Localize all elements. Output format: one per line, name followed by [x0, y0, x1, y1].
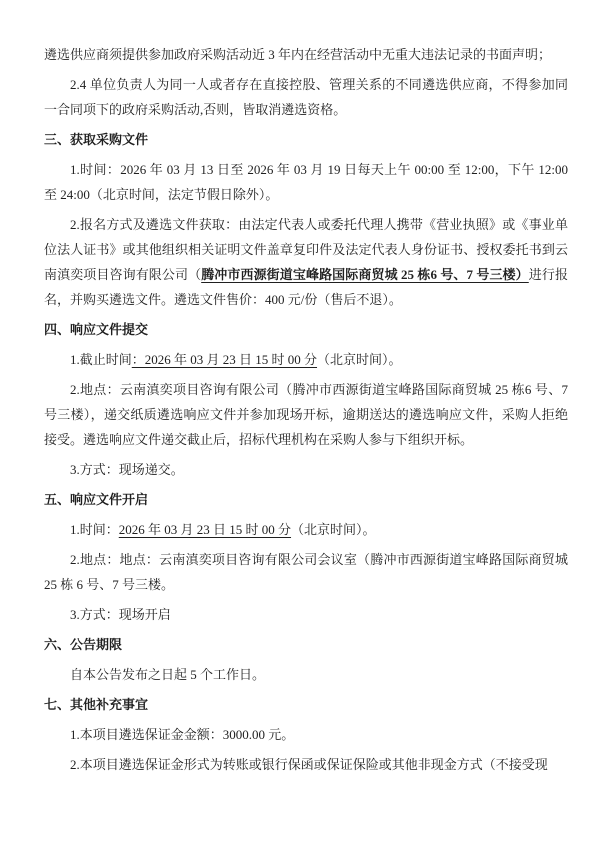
heading-text: 三、获取采购文件 [44, 132, 148, 147]
paragraph: 3.方式：现场递交。 [44, 457, 568, 482]
paragraph: 1.时间：2026 年 03 月 13 日至 2026 年 03 月 19 日每… [44, 157, 568, 207]
section-heading-3: 三、获取采购文件 [44, 127, 568, 152]
paragraph: 1.截止时间：2026 年 03 月 23 日 15 时 00 分（北京时间）。 [44, 347, 568, 372]
paragraph: 自本公告发布之日起 5 个工作日。 [44, 662, 568, 687]
paragraph: 1.本项目遴选保证金金额：3000.00 元。 [44, 722, 568, 747]
text-run: 1.截止时间 [70, 352, 132, 367]
paragraph: 2.4 单位负责人为同一人或者存在直接控股、管理关系的不同遴选供应商，不得参加同… [44, 72, 568, 122]
underlined-deadline-text: ：2026 年 03 月 23 日 15 时 00 分 [132, 352, 317, 367]
text-run: 2.本项目遴选保证金形式为转账或银行保函或保证保险或其他非现金方式（不接受现 [70, 757, 548, 772]
paragraph: 3.方式：现场开启 [44, 602, 568, 627]
text-run: 2.4 单位负责人为同一人或者存在直接控股、管理关系的不同遴选供应商，不得参加同… [44, 77, 568, 117]
section-heading-4: 四、响应文件提交 [44, 317, 568, 342]
underlined-address-text: 腾冲市西源街道宝峰路国际商贸城 25 栋6 号、7 号三楼） [201, 267, 529, 282]
text-run: 1.时间：2026 年 03 月 13 日至 2026 年 03 月 19 日每… [44, 162, 568, 202]
text-run: 2.地点：云南滇奕项目咨询有限公司（腾冲市西源街道宝峰路国际商贸城 25 栋6 … [44, 382, 568, 447]
text-run: （北京时间）。 [291, 522, 376, 537]
text-run: 1.本项目遴选保证金金额：3000.00 元。 [70, 727, 294, 742]
section-heading-5: 五、响应文件开启 [44, 487, 568, 512]
section-heading-6: 六、公告期限 [44, 632, 568, 657]
text-run: （北京时间）。 [317, 352, 402, 367]
paragraph: 2.本项目遴选保证金形式为转账或银行保函或保证保险或其他非现金方式（不接受现 [44, 752, 568, 777]
document-body: 遴选供应商须提供参加政府采购活动近 3 年内在经营活动中无重大违法记录的书面声明… [44, 42, 568, 777]
text-run: 3.方式：现场开启 [70, 607, 171, 622]
paragraph: 2.地点：云南滇奕项目咨询有限公司（腾冲市西源街道宝峰路国际商贸城 25 栋6 … [44, 377, 568, 452]
section-heading-7: 七、其他补充事宜 [44, 692, 568, 717]
paragraph: 2.地点：地点：云南滇奕项目咨询有限公司会议室（腾冲市西源街道宝峰路国际商贸城 … [44, 547, 568, 597]
text-run: 自本公告发布之日起 5 个工作日。 [70, 667, 265, 682]
document-page: 遴选供应商须提供参加政府采购活动近 3 年内在经营活动中无重大违法记录的书面声明… [0, 0, 612, 852]
paragraph: 2.报名方式及遴选文件获取：由法定代表人或委托代理人携带《营业执照》或《事业单位… [44, 212, 568, 312]
text-run: 遴选供应商须提供参加政府采购活动近 3 年内在经营活动中无重大违法记录的书面声明… [44, 47, 551, 62]
heading-text: 七、其他补充事宜 [44, 697, 148, 712]
paragraph: 遴选供应商须提供参加政府采购活动近 3 年内在经营活动中无重大违法记录的书面声明… [44, 42, 568, 67]
heading-text: 五、响应文件开启 [44, 492, 148, 507]
paragraph: 1.时间：2026 年 03 月 23 日 15 时 00 分（北京时间）。 [44, 517, 568, 542]
text-run: 2.地点：地点：云南滇奕项目咨询有限公司会议室（腾冲市西源街道宝峰路国际商贸城 … [44, 552, 568, 592]
text-run: 1.时间： [70, 522, 119, 537]
heading-text: 六、公告期限 [44, 637, 122, 652]
text-run: 3.方式：现场递交。 [70, 462, 184, 477]
heading-text: 四、响应文件提交 [44, 322, 148, 337]
underlined-opening-time-text: 2026 年 03 月 23 日 15 时 00 分 [119, 522, 291, 537]
